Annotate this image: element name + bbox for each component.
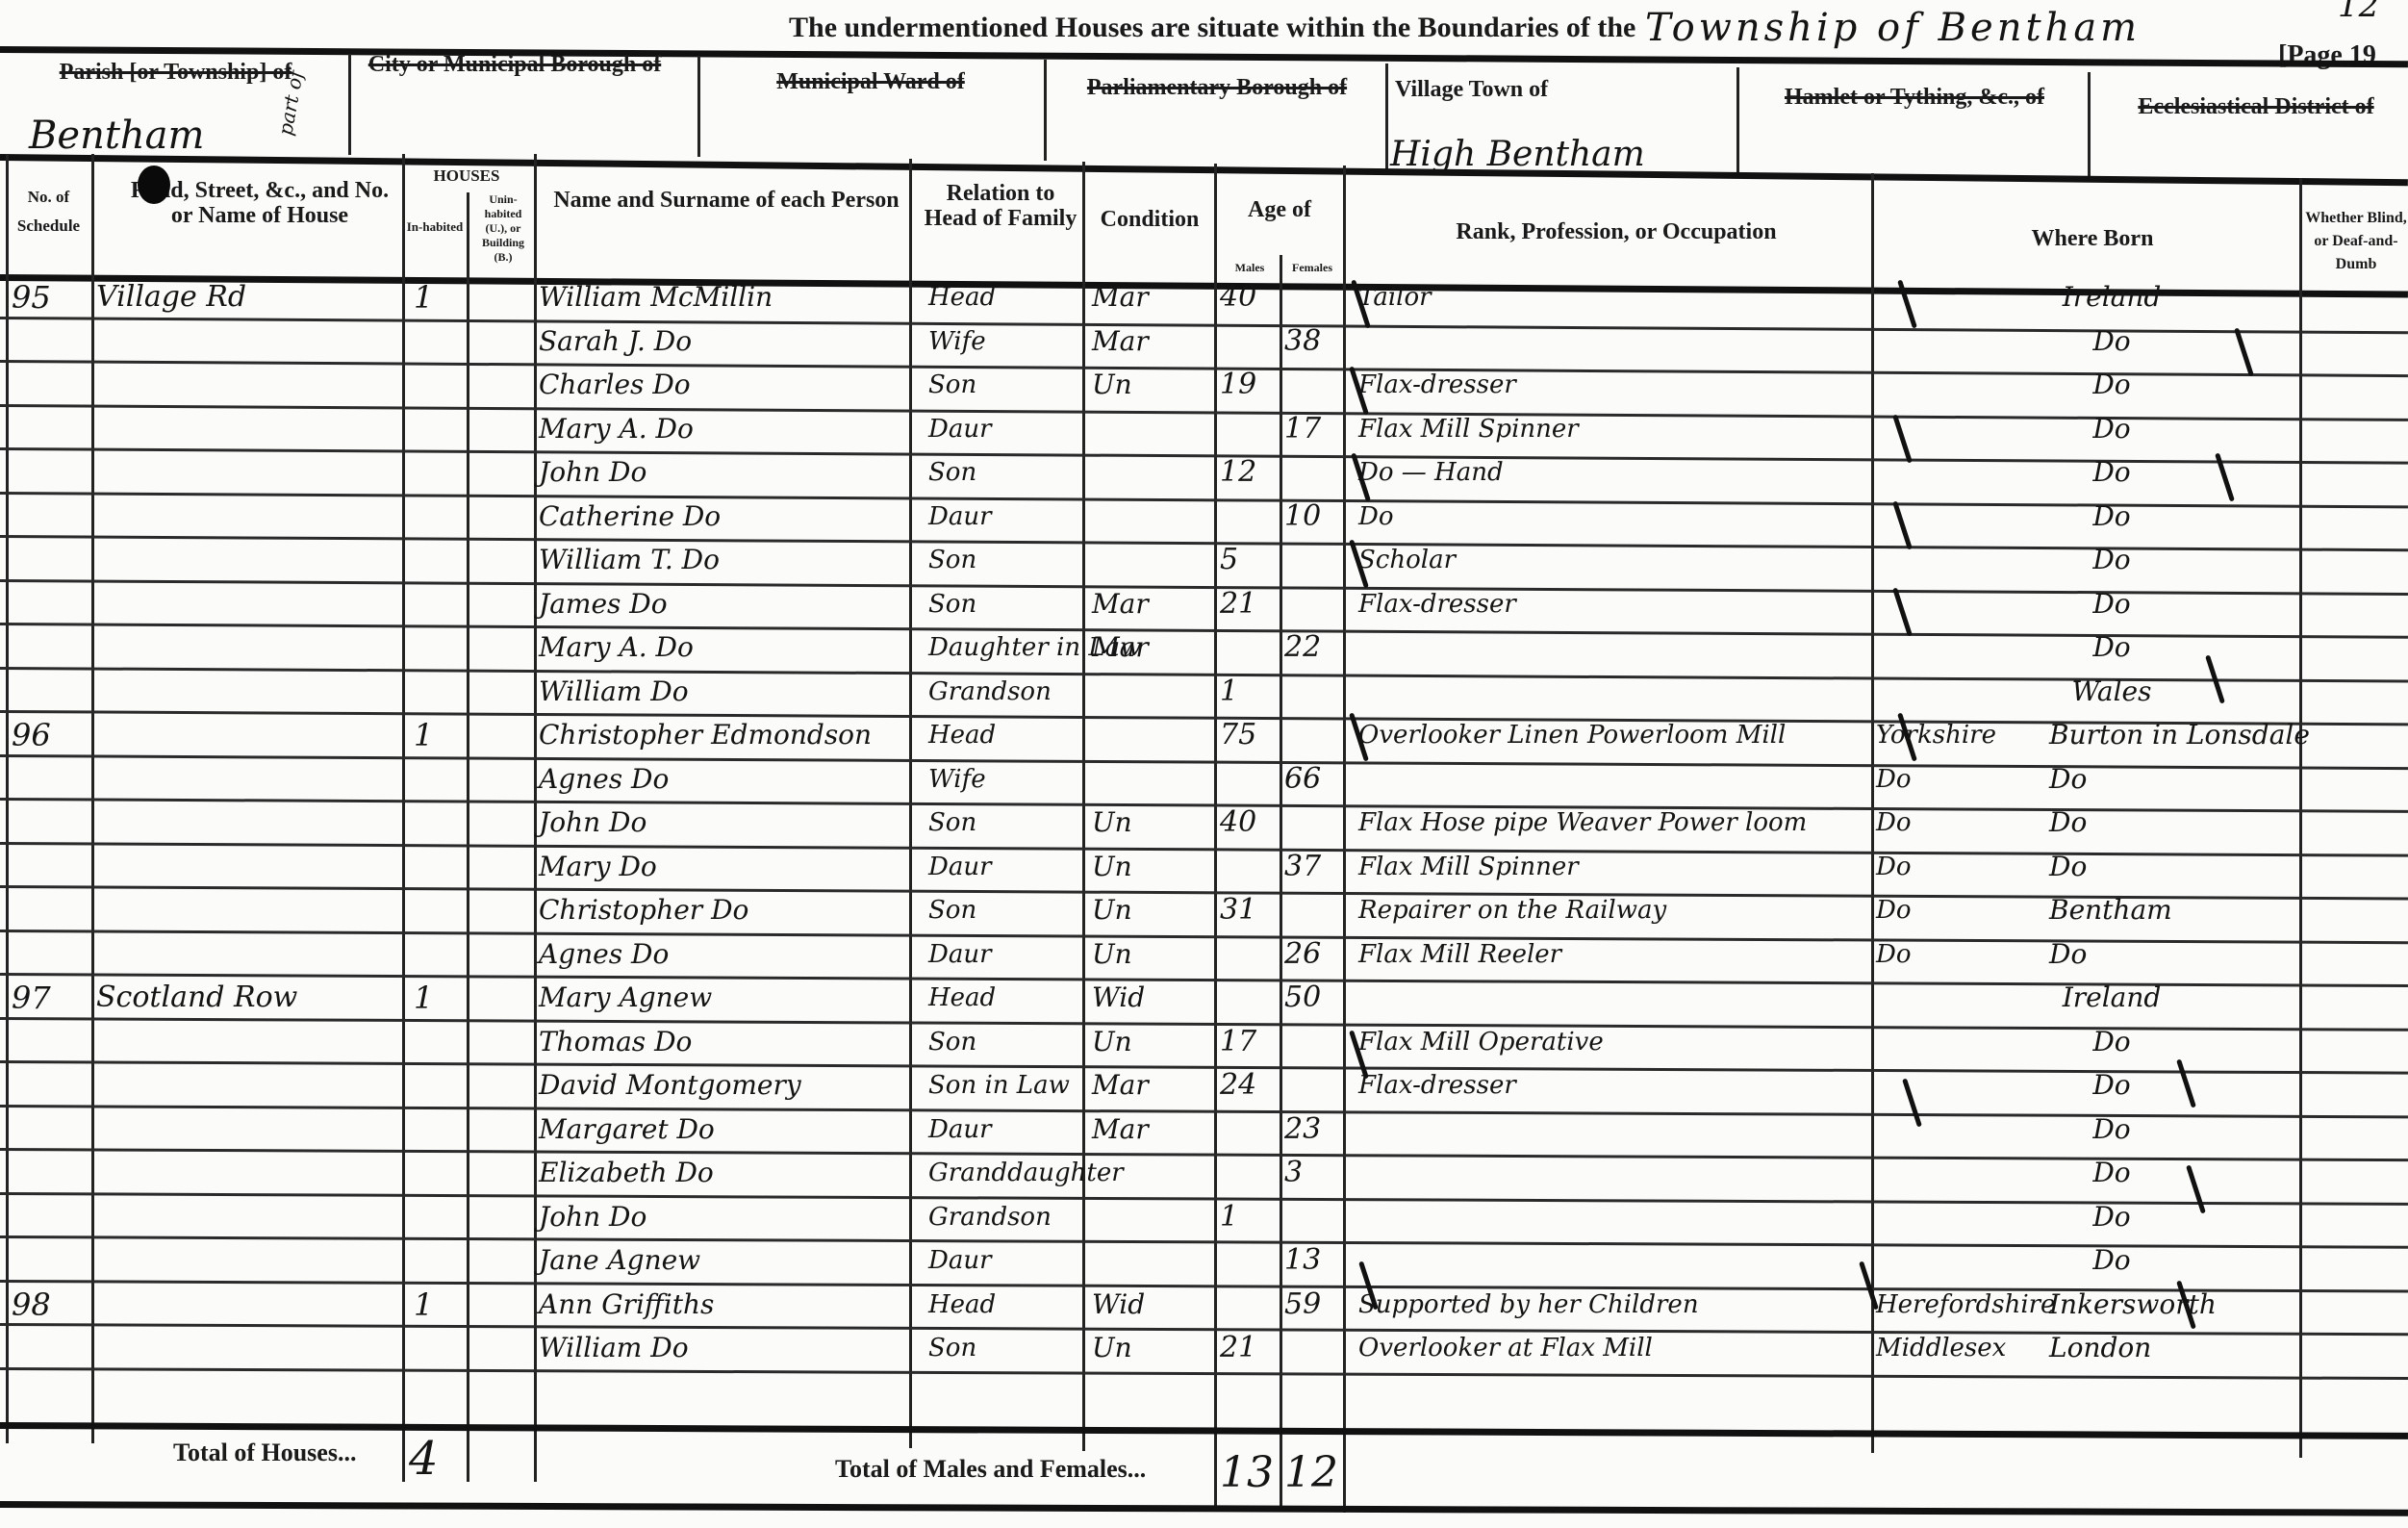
cell-schedule (12, 758, 89, 801)
cell-female (1284, 889, 1342, 931)
cell-condition (1092, 539, 1212, 581)
cell-male (1220, 758, 1278, 801)
cell-name: Christopher Do (539, 889, 909, 931)
cell-schedule (12, 1064, 89, 1107)
cell-born-place: Burton in Lonsdale (2049, 714, 2347, 756)
cell-male (1220, 408, 1278, 450)
cell-male: 1 (1220, 671, 1278, 713)
cell-relation: Daur (928, 496, 1082, 538)
cell-inhabited (414, 320, 462, 363)
cell-name: Thomas Do (539, 1021, 909, 1063)
cell-female (1284, 276, 1342, 318)
cell-name: Sarah J. Do (539, 320, 909, 363)
cell-inhabited (414, 671, 462, 713)
boundary-label-village: Village Town of (1395, 77, 1607, 102)
cell-born-place: Do (1963, 1108, 2261, 1151)
cell-male (1220, 1152, 1278, 1194)
boundary-value-parish: Bentham (29, 114, 204, 158)
cell-relation: Son in Law (928, 1064, 1082, 1107)
cell-male: 31 (1220, 889, 1278, 931)
col-header-age: Age of (1217, 197, 1342, 222)
cell-condition: Mar (1092, 1108, 1212, 1151)
cell-road (96, 1327, 394, 1369)
cell-schedule (12, 1327, 89, 1369)
cell-born-county: Do (1876, 889, 2068, 931)
col-header-schedule: No. of Schedule (8, 183, 89, 241)
cell-road (96, 1239, 394, 1282)
cell-inhabited (414, 1196, 462, 1238)
cell-female (1284, 671, 1342, 713)
cell-name: Mary Do (539, 846, 909, 888)
cell-female (1284, 364, 1342, 406)
cell-road (96, 758, 394, 801)
cell-occupation: Flax-dresser (1358, 364, 1868, 406)
cell-female (1284, 539, 1342, 581)
cell-female: 50 (1284, 977, 1342, 1019)
cell-inhabited (414, 758, 462, 801)
cell-male (1220, 846, 1278, 888)
cell-name: Margaret Do (539, 1108, 909, 1151)
col-header-condition: Condition (1087, 207, 1212, 232)
cell-born-county: Herefordshire (1876, 1284, 2068, 1326)
cell-schedule (12, 1239, 89, 1282)
cell-born-county: Do (1876, 933, 2068, 976)
cell-name: Jane Agnew (539, 1239, 909, 1282)
cell-road (96, 846, 394, 888)
cell-road (96, 496, 394, 538)
boundary-label-text: Ecclesiastical District of (2138, 94, 2373, 119)
cell-road (96, 1064, 394, 1107)
cell-schedule (12, 671, 89, 713)
cell-female (1284, 1064, 1342, 1107)
cell-road (96, 583, 394, 625)
cell-name: John Do (539, 802, 909, 844)
col-header-inhabited: In-habited (406, 219, 464, 235)
cell-schedule: 95 (12, 276, 89, 318)
cell-occupation (1358, 758, 1868, 801)
cell-inhabited (414, 846, 462, 888)
boundary-label-text: Parish [or Township] of (60, 60, 292, 85)
cell-female (1284, 802, 1342, 844)
cell-born-place: Do (1963, 320, 2261, 363)
cell-condition: Un (1092, 1327, 1212, 1369)
cell-female: 22 (1284, 626, 1342, 669)
cell-schedule (12, 626, 89, 669)
cell-male (1220, 496, 1278, 538)
cell-male (1220, 1284, 1278, 1326)
cell-inhabited: 1 (414, 276, 462, 318)
cell-name: Agnes Do (539, 933, 909, 976)
cell-male: 12 (1220, 451, 1278, 494)
cell-road (96, 320, 394, 363)
cell-inhabited (414, 933, 462, 976)
cell-occupation (1358, 977, 1868, 1019)
cell-schedule (12, 364, 89, 406)
cell-schedule (12, 408, 89, 450)
cell-born-place: Inkersworth (2049, 1284, 2347, 1326)
cell-condition: Mar (1092, 320, 1212, 363)
cell-male: 19 (1220, 364, 1278, 406)
cell-female: 13 (1284, 1239, 1342, 1282)
cell-relation: Wife (928, 758, 1082, 801)
col-header-uninhabited: Unin-habited (U.), or Building (B.) (473, 192, 533, 265)
cell-female: 26 (1284, 933, 1342, 976)
cell-inhabited (414, 889, 462, 931)
cell-male: 75 (1220, 714, 1278, 756)
total-houses-value: 4 (409, 1432, 439, 1486)
cell-male: 24 (1220, 1064, 1278, 1107)
cell-name: William Do (539, 1327, 909, 1369)
cell-relation: Daur (928, 1108, 1082, 1151)
cell-relation: Daur (928, 408, 1082, 450)
cell-male: 21 (1220, 583, 1278, 625)
cell-occupation: Supported by her Children (1358, 1284, 1868, 1326)
cell-born-place: Do (1963, 583, 2261, 625)
cell-road (96, 408, 394, 450)
cell-occupation (1358, 671, 1868, 713)
cell-male: 17 (1220, 1021, 1278, 1063)
col-header-name: Name and Surname of each Person (548, 188, 904, 213)
cell-schedule: 98 (12, 1284, 89, 1326)
cell-schedule: 96 (12, 714, 89, 756)
boundary-label-parliamentary: Parliamentary Borough of (1049, 75, 1385, 100)
cell-occupation: Scholar (1358, 539, 1868, 581)
cell-condition (1092, 1152, 1212, 1194)
cell-born-place: Do (2049, 933, 2347, 976)
cell-relation: Son (928, 451, 1082, 494)
cell-female: 37 (1284, 846, 1342, 888)
cell-road (96, 539, 394, 581)
cell-relation: Head (928, 276, 1082, 318)
cell-relation: Son (928, 1327, 1082, 1369)
cell-born-place: Do (1963, 626, 2261, 669)
cell-occupation (1358, 320, 1868, 363)
cell-relation: Head (928, 714, 1082, 756)
cell-schedule (12, 889, 89, 931)
cell-name: William T. Do (539, 539, 909, 581)
cell-male (1220, 1239, 1278, 1282)
banner-printed-text: The undermentioned Houses are situate wi… (789, 12, 1635, 44)
boundary-label-text: Parliamentary Borough of (1087, 75, 1347, 100)
cell-occupation (1358, 626, 1868, 669)
boundary-label-text: Village Town of (1395, 77, 1548, 102)
punch-hole (138, 166, 170, 204)
cell-condition: Un (1092, 889, 1212, 931)
cell-name: Charles Do (539, 364, 909, 406)
boundary-label-text: Municipal Ward of (776, 69, 965, 94)
cell-female: 38 (1284, 320, 1342, 363)
cell-condition (1092, 758, 1212, 801)
cell-relation: Head (928, 977, 1082, 1019)
cell-schedule (12, 1108, 89, 1151)
boundary-label-ecclesiastical: Ecclesiastical District of (2097, 94, 2408, 119)
cell-condition: Mar (1092, 276, 1212, 318)
cell-inhabited (414, 364, 462, 406)
cell-born-county: Middlesex (1876, 1327, 2068, 1369)
cell-occupation: Do (1358, 496, 1868, 538)
cell-name: James Do (539, 583, 909, 625)
cell-road (96, 671, 394, 713)
boundary-label-text: City or Municipal Borough of (368, 52, 661, 77)
cell-schedule (12, 496, 89, 538)
cell-female: 3 (1284, 1152, 1342, 1194)
cell-inhabited (414, 1108, 462, 1151)
cell-name: Mary A. Do (539, 626, 909, 669)
cell-relation: Grandson (928, 1196, 1082, 1238)
cell-condition: Un (1092, 802, 1212, 844)
cell-schedule (12, 583, 89, 625)
cell-inhabited (414, 1327, 462, 1369)
cell-name: Mary A. Do (539, 408, 909, 450)
cell-born-place: Bentham (2049, 889, 2347, 931)
cell-inhabited (414, 802, 462, 844)
cell-name: Mary Agnew (539, 977, 909, 1019)
cell-occupation: Flax Mill Reeler (1358, 933, 1868, 976)
cell-occupation: Flax Mill Spinner (1358, 408, 1868, 450)
cell-female: 10 (1284, 496, 1342, 538)
cell-born-county: Do (1876, 846, 2068, 888)
total-houses-label: Total of Houses... (173, 1439, 356, 1467)
cell-name: William Do (539, 671, 909, 713)
corner-mark: 12 (2338, 0, 2379, 25)
cell-inhabited (414, 626, 462, 669)
cell-name: Agnes Do (539, 758, 909, 801)
cell-condition: Mar (1092, 583, 1212, 625)
cell-road (96, 889, 394, 931)
cell-schedule (12, 1152, 89, 1194)
cell-born-place: Do (1963, 1152, 2261, 1194)
cell-inhabited (414, 583, 462, 625)
cell-schedule (12, 451, 89, 494)
cell-name: Catherine Do (539, 496, 909, 538)
cell-condition (1092, 1196, 1212, 1238)
cell-road (96, 1284, 394, 1326)
cell-name: Elizabeth Do (539, 1152, 909, 1194)
cell-born-county: Do (1876, 802, 2068, 844)
cell-name: John Do (539, 451, 909, 494)
cell-born-place: Do (1963, 1064, 2261, 1107)
cell-inhabited (414, 451, 462, 494)
cell-female: 59 (1284, 1284, 1342, 1326)
cell-condition (1092, 671, 1212, 713)
cell-male: 40 (1220, 276, 1278, 318)
cell-occupation: Flax Mill Spinner (1358, 846, 1868, 888)
cell-name: Ann Griffiths (539, 1284, 909, 1326)
cell-schedule (12, 539, 89, 581)
cell-male: 21 (1220, 1327, 1278, 1369)
cell-male (1220, 1108, 1278, 1151)
cell-female: 17 (1284, 408, 1342, 450)
cell-road (96, 1152, 394, 1194)
cell-schedule: 97 (12, 977, 89, 1019)
total-males-value: 13 (1220, 1448, 1274, 1497)
cell-road: Scotland Row (96, 977, 394, 1019)
cell-born-county: Do (1876, 758, 2068, 801)
cell-inhabited (414, 1239, 462, 1282)
cell-road (96, 451, 394, 494)
cell-occupation: Flax Mill Operative (1358, 1021, 1868, 1063)
cell-road: Village Rd (96, 276, 394, 318)
cell-schedule (12, 802, 89, 844)
cell-male (1220, 320, 1278, 363)
cell-inhabited: 1 (414, 714, 462, 756)
cell-inhabited (414, 1152, 462, 1194)
cell-schedule (12, 1021, 89, 1063)
cell-inhabited (414, 1064, 462, 1107)
cell-relation: Son (928, 583, 1082, 625)
cell-road (96, 364, 394, 406)
cell-occupation: Flax Hose pipe Weaver Power loom (1358, 802, 1868, 844)
cell-inhabited: 1 (414, 1284, 462, 1326)
col-header-houses: HOUSES (404, 164, 529, 189)
cell-occupation (1358, 1108, 1868, 1151)
cell-condition (1092, 714, 1212, 756)
col-header-occupation: Rank, Profession, or Occupation (1366, 219, 1866, 244)
cell-born-place: Ireland (1963, 276, 2261, 318)
cell-name: John Do (539, 1196, 909, 1238)
col-header-born: Where Born (1876, 226, 2309, 251)
cell-name: William McMillin (539, 276, 909, 318)
cell-occupation (1358, 1196, 1868, 1238)
cell-born-place: Do (2049, 802, 2347, 844)
cell-inhabited (414, 1021, 462, 1063)
cell-born-place: Do (1963, 1196, 2261, 1238)
cell-occupation: Tailor (1358, 276, 1868, 318)
cell-occupation (1358, 1239, 1868, 1282)
cell-schedule (12, 1196, 89, 1238)
cell-road (96, 1196, 394, 1238)
cell-condition: Un (1092, 846, 1212, 888)
cell-relation: Granddaughter (928, 1152, 1082, 1194)
cell-inhabited (414, 496, 462, 538)
cell-relation: Grandson (928, 671, 1082, 713)
cell-male (1220, 933, 1278, 976)
cell-road (96, 1108, 394, 1151)
cell-relation: Son (928, 539, 1082, 581)
cell-occupation: Flax-dresser (1358, 583, 1868, 625)
cell-condition: Un (1092, 364, 1212, 406)
total-females-value: 12 (1284, 1448, 1338, 1497)
cell-inhabited (414, 408, 462, 450)
cell-relation: Daughter in Law (928, 626, 1082, 669)
cell-relation: Head (928, 1284, 1082, 1326)
cell-condition: Mar (1092, 1064, 1212, 1107)
cell-occupation (1358, 1152, 1868, 1194)
cell-condition: Wid (1092, 1284, 1212, 1326)
cell-schedule (12, 846, 89, 888)
cell-female (1284, 1021, 1342, 1063)
cell-born-place: Do (1963, 364, 2261, 406)
total-persons-label: Total of Males and Females... (835, 1455, 1146, 1484)
cell-born-place: Do (1963, 408, 2261, 450)
cell-occupation: Repairer on the Railway (1358, 889, 1868, 931)
cell-born-place: Do (1963, 1239, 2261, 1282)
cell-occupation: Overlooker at Flax Mill (1358, 1327, 1868, 1369)
cell-female (1284, 583, 1342, 625)
cell-occupation: Overlooker Linen Powerloom Mill (1358, 714, 1868, 756)
cell-road (96, 626, 394, 669)
cell-condition: Un (1092, 1021, 1212, 1063)
cell-relation: Son (928, 889, 1082, 931)
cell-road (96, 1021, 394, 1063)
cell-male (1220, 977, 1278, 1019)
cell-relation: Daur (928, 933, 1082, 976)
cell-inhabited (414, 539, 462, 581)
cell-road (96, 933, 394, 976)
boundary-label-city: City or Municipal Borough of (356, 52, 673, 77)
cell-name: Christopher Edmondson (539, 714, 909, 756)
cell-relation: Son (928, 802, 1082, 844)
cell-road (96, 802, 394, 844)
cell-schedule (12, 933, 89, 976)
cell-born-place: Do (2049, 846, 2347, 888)
cell-condition: Wid (1092, 977, 1212, 1019)
cell-male: 40 (1220, 802, 1278, 844)
cell-female: 23 (1284, 1108, 1342, 1151)
cell-female (1284, 1196, 1342, 1238)
col-header-relation: Relation to Head of Family (919, 181, 1082, 231)
cell-female (1284, 1327, 1342, 1369)
cell-condition: Mar (1092, 626, 1212, 669)
cell-born-place: Do (1963, 539, 2261, 581)
cell-female (1284, 451, 1342, 494)
cell-born-place: Do (2049, 758, 2347, 801)
cell-male: 5 (1220, 539, 1278, 581)
cell-occupation: Do — Hand (1358, 451, 1868, 494)
cell-occupation: Flax-dresser (1358, 1064, 1868, 1107)
cell-schedule (12, 320, 89, 363)
cell-born-place: Do (1963, 496, 2261, 538)
cell-born-place: Do (1963, 1021, 2261, 1063)
cell-relation: Daur (928, 1239, 1082, 1282)
cell-inhabited: 1 (414, 977, 462, 1019)
banner-handwritten-place: Township of Bentham (1645, 6, 2141, 50)
cell-female: 66 (1284, 758, 1342, 801)
cell-relation: Son (928, 1021, 1082, 1063)
cell-male (1220, 626, 1278, 669)
boundary-label-ward: Municipal Ward of (702, 69, 1039, 94)
cell-relation: Wife (928, 320, 1082, 363)
cell-born-place: Ireland (1963, 977, 2261, 1019)
cell-condition: Un (1092, 933, 1212, 976)
boundary-label-hamlet: Hamlet or Tything, &c., of (1741, 85, 2088, 110)
cell-condition (1092, 408, 1212, 450)
cell-female (1284, 714, 1342, 756)
cell-born-place: London (2049, 1327, 2347, 1369)
cell-condition (1092, 496, 1212, 538)
cell-condition (1092, 1239, 1212, 1282)
cell-relation: Daur (928, 846, 1082, 888)
cell-name: David Montgomery (539, 1064, 909, 1107)
cell-condition (1092, 451, 1212, 494)
cell-road (96, 714, 394, 756)
col-header-disability: Whether Blind, or Deaf-and-Dumb (2304, 207, 2408, 276)
cell-male: 1 (1220, 1196, 1278, 1238)
boundary-label-text: Hamlet or Tything, &c., of (1785, 85, 2044, 110)
cell-relation: Son (928, 364, 1082, 406)
